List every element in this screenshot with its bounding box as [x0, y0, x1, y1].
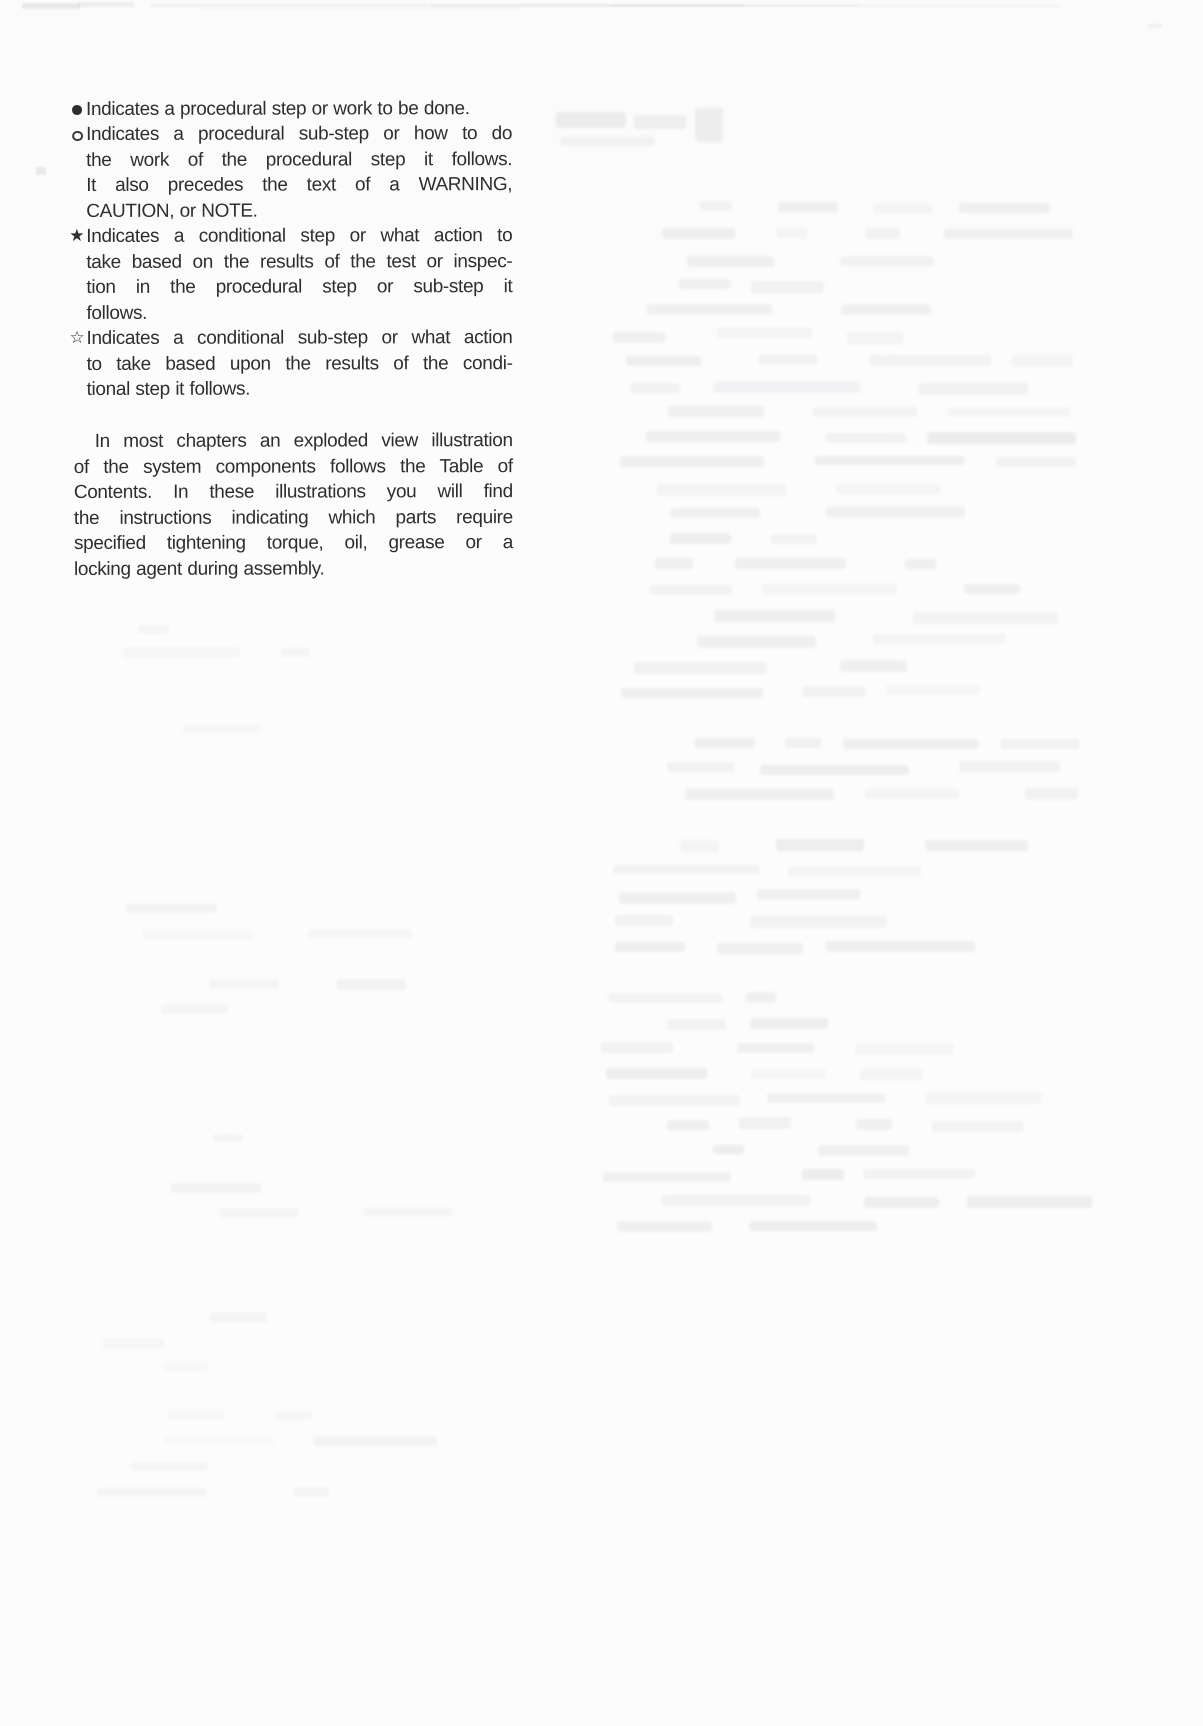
ghost-text-fragment — [609, 1095, 741, 1106]
ghost-text-fragment — [746, 992, 776, 1003]
ghost-text-fragment — [818, 1145, 910, 1156]
ghost-text-fragment — [932, 1121, 1023, 1132]
ghost-text-fragment — [826, 941, 975, 951]
legend-item: ☆Indicates a conditional sub-step or wha… — [70, 325, 512, 402]
scan-mark — [36, 167, 46, 175]
ghost-text-fragment — [336, 979, 406, 990]
ghost-text-fragment — [123, 647, 240, 657]
ghost-text-fragment — [685, 788, 834, 800]
ghost-text-fragment — [865, 789, 959, 798]
ghost-text-fragment — [905, 559, 937, 569]
ghost-text-fragment — [608, 993, 722, 1003]
scan-mark — [200, 8, 520, 10]
ghost-text-fragment — [657, 484, 787, 496]
scan-mark — [150, 4, 430, 7]
legend-text-line: Indicates a procedural step or work to b… — [86, 96, 512, 122]
ghost-text-fragment — [762, 584, 896, 594]
ghost-text-fragment — [860, 1069, 923, 1080]
scan-mark — [1148, 24, 1162, 28]
ghost-text-fragment — [843, 739, 979, 749]
filled-star-bullet-icon: ★ — [69, 224, 85, 249]
ghost-text-fragment — [751, 1069, 827, 1079]
paragraph-text-line: the instructions indicating which parts … — [74, 505, 513, 531]
legend-text-line: follows. — [86, 300, 512, 326]
ghost-text-fragment — [864, 1197, 939, 1208]
filled-circle-bullet-icon — [72, 105, 82, 115]
ghost-text-fragment — [996, 457, 1076, 467]
ghost-text-fragment — [661, 1195, 810, 1205]
ghost-text-fragment — [667, 762, 735, 771]
ghost-text-fragment — [788, 866, 920, 877]
ghost-text-fragment — [650, 585, 732, 595]
ghost-text-fragment — [739, 1117, 792, 1128]
open-circle-bullet-icon — [72, 131, 83, 142]
ghost-text-fragment — [750, 916, 886, 928]
ghost-text-fragment — [699, 201, 732, 210]
ghost-text-fragment — [560, 136, 655, 146]
ghost-text-fragment — [695, 108, 723, 142]
legend-text-line: CAUTION, or NOTE. — [86, 198, 512, 224]
ghost-text-fragment — [713, 1145, 743, 1154]
ghost-text-fragment — [163, 1363, 208, 1371]
ghost-text-fragment — [167, 1411, 225, 1420]
intro-paragraph: In most chapters an exploded view illust… — [74, 429, 513, 583]
ghost-text-fragment — [620, 456, 764, 467]
ghost-text-fragment — [840, 256, 934, 266]
ghost-text-fragment — [750, 1018, 828, 1029]
ghost-text-fragment — [626, 356, 701, 366]
ghost-text-fragment — [751, 281, 824, 293]
scanned-page: Indicates a procedural step or work to b… — [0, 0, 1203, 1726]
ghost-text-fragment — [841, 304, 930, 315]
legend-item: Indicates a procedural step or work to b… — [70, 96, 512, 122]
ghost-text-fragment — [210, 979, 278, 989]
ghost-text-fragment — [757, 889, 860, 899]
ghost-text-fragment — [634, 115, 686, 129]
legend-text-line: tion in the procedural step or sub-step … — [86, 274, 512, 300]
ghost-text-fragment — [866, 228, 900, 238]
ghost-text-fragment — [1000, 739, 1080, 749]
ghost-text-fragment — [615, 942, 685, 952]
ghost-text-fragment — [840, 660, 907, 672]
ghost-text-fragment — [959, 203, 1050, 212]
scan-mark — [430, 4, 610, 7]
ghost-text-fragment — [281, 648, 309, 657]
scan-mark — [745, 4, 860, 7]
ghost-text-fragment — [613, 865, 759, 874]
legend-text-line: Indicates a conditional step or what act… — [86, 223, 512, 249]
ghost-text-fragment — [759, 355, 817, 364]
ghost-text-fragment — [308, 929, 412, 939]
legend-text-line: to take based upon the results of the co… — [87, 351, 513, 377]
ghost-text-fragment — [96, 1488, 206, 1498]
ghost-text-fragment — [679, 279, 730, 289]
ghost-text-fragment — [856, 1119, 892, 1131]
ghost-text-fragment — [617, 1221, 712, 1232]
scan-mark — [78, 2, 134, 7]
ghost-text-fragment — [863, 1169, 975, 1179]
ghost-text-fragment — [183, 725, 261, 734]
legend-text-line: the work of the procedural step it follo… — [86, 147, 512, 173]
ghost-text-fragment — [161, 1004, 228, 1014]
ghost-text-fragment — [713, 381, 860, 393]
ghost-text-fragment — [785, 738, 821, 748]
ghost-text-fragment — [813, 407, 917, 417]
ghost-text-fragment — [855, 1044, 954, 1055]
ghost-text-fragment — [164, 1436, 274, 1444]
scan-mark — [22, 3, 80, 9]
paragraph-text-line: of the system components follows the Tab… — [74, 454, 513, 480]
ghost-text-fragment — [142, 930, 254, 939]
ghost-text-fragment — [603, 1172, 731, 1182]
ghost-text-fragment — [836, 484, 941, 494]
ghost-text-fragment — [171, 1183, 262, 1192]
ghost-text-fragment — [873, 634, 1006, 644]
paragraph-text-line: In most chapters an exploded view illust… — [74, 429, 513, 455]
legend-item: Indicates a procedural sub-step or how t… — [70, 122, 512, 225]
ghost-text-fragment — [103, 1338, 165, 1349]
paragraph-text-line: specified tightening torque, oil, grease… — [74, 530, 513, 556]
ghost-text-fragment — [314, 1436, 437, 1446]
ghost-text-fragment — [219, 1208, 298, 1218]
ghost-text-fragment — [886, 685, 980, 695]
ghost-text-fragment — [138, 625, 169, 634]
ghost-text-fragment — [771, 534, 817, 544]
ghost-text-fragment — [670, 533, 730, 544]
ghost-text-fragment — [944, 229, 1073, 239]
legend-text-line: Indicates a procedural sub-step or how t… — [86, 122, 512, 148]
ghost-text-fragment — [826, 433, 906, 443]
open-star-bullet-icon: ☆ — [69, 326, 85, 351]
ghost-text-fragment — [948, 407, 1070, 417]
ghost-text-fragment — [927, 432, 1076, 444]
ghost-text-fragment — [717, 943, 802, 954]
scan-mark — [610, 4, 745, 7]
ghost-text-fragment — [613, 332, 664, 343]
ghost-text-fragment — [131, 1462, 208, 1470]
ghost-text-fragment — [619, 892, 737, 904]
ghost-text-fragment — [749, 1221, 877, 1230]
ghost-text-fragment — [606, 1068, 708, 1079]
ghost-text-fragment — [925, 840, 1028, 851]
ghost-text-fragment — [213, 1134, 243, 1142]
ghost-text-fragment — [1025, 788, 1077, 800]
ghost-text-fragment — [802, 686, 867, 696]
ghost-text-fragment — [646, 431, 780, 441]
ghost-text-fragment — [615, 915, 674, 926]
ghost-text-fragment — [680, 840, 719, 852]
ghost-text-fragment — [717, 328, 812, 338]
ghost-text-fragment — [556, 112, 626, 128]
ghost-text-fragment — [919, 383, 1027, 395]
ghost-text-fragment — [694, 738, 755, 748]
ghost-text-fragment — [776, 839, 864, 851]
ghost-text-fragment — [697, 636, 816, 648]
ghost-text-fragment — [667, 1019, 727, 1030]
ghost-text-fragment — [631, 383, 679, 393]
ghost-text-fragment — [621, 688, 763, 699]
ghost-text-fragment — [964, 584, 1020, 595]
ghost-text-fragment — [363, 1208, 453, 1217]
ghost-text-fragment — [275, 1411, 312, 1421]
ghost-text-fragment — [1012, 355, 1073, 367]
ghost-text-fragment — [601, 1042, 673, 1053]
ghost-text-fragment — [668, 406, 764, 417]
legend-list: Indicates a procedural step or work to b… — [70, 96, 513, 402]
ghost-text-fragment — [967, 1196, 1092, 1208]
ghost-text-fragment — [874, 203, 932, 214]
legend-text-line: take based on the results of the test or… — [86, 249, 512, 275]
legend-text-line: It also precedes the text of a WARNING, — [86, 172, 512, 198]
legend-item: ★Indicates a conditional step or what ac… — [70, 223, 512, 326]
ghost-text-fragment — [913, 612, 1058, 624]
ghost-text-fragment — [714, 610, 835, 621]
ghost-text-fragment — [778, 202, 837, 212]
ghost-text-fragment — [670, 508, 761, 518]
ghost-text-fragment — [294, 1487, 329, 1496]
ghost-text-fragment — [634, 662, 767, 673]
ghost-text-fragment — [776, 228, 807, 238]
ghost-text-fragment — [210, 1312, 267, 1323]
legend-text-line: tional step it follows. — [87, 376, 513, 402]
ghost-text-fragment — [687, 256, 775, 268]
ghost-text-fragment — [767, 1093, 885, 1103]
ghost-text-fragment — [735, 558, 846, 569]
notation-legend-section: Indicates a procedural step or work to b… — [70, 96, 513, 582]
ghost-text-fragment — [815, 456, 964, 465]
scan-mark — [860, 5, 1060, 7]
ghost-text-fragment — [826, 507, 965, 517]
ghost-text-fragment — [126, 904, 217, 913]
ghost-text-fragment — [662, 228, 736, 239]
paragraph-text-line: Contents. In these illustrations you wil… — [74, 479, 513, 505]
ghost-text-fragment — [869, 355, 990, 366]
ghost-text-fragment — [802, 1169, 844, 1180]
legend-text-line: Indicates a conditional sub-step or what… — [86, 325, 512, 351]
ghost-text-fragment — [737, 1043, 814, 1054]
ghost-text-fragment — [655, 558, 693, 569]
ghost-text-fragment — [647, 304, 772, 316]
paragraph-text-line: locking agent during assembly. — [74, 556, 513, 582]
ghost-text-fragment — [760, 765, 910, 775]
ghost-text-fragment — [667, 1120, 709, 1131]
ghost-text-fragment — [847, 332, 902, 344]
ghost-text-fragment — [959, 761, 1060, 772]
ghost-text-fragment — [925, 1092, 1042, 1103]
